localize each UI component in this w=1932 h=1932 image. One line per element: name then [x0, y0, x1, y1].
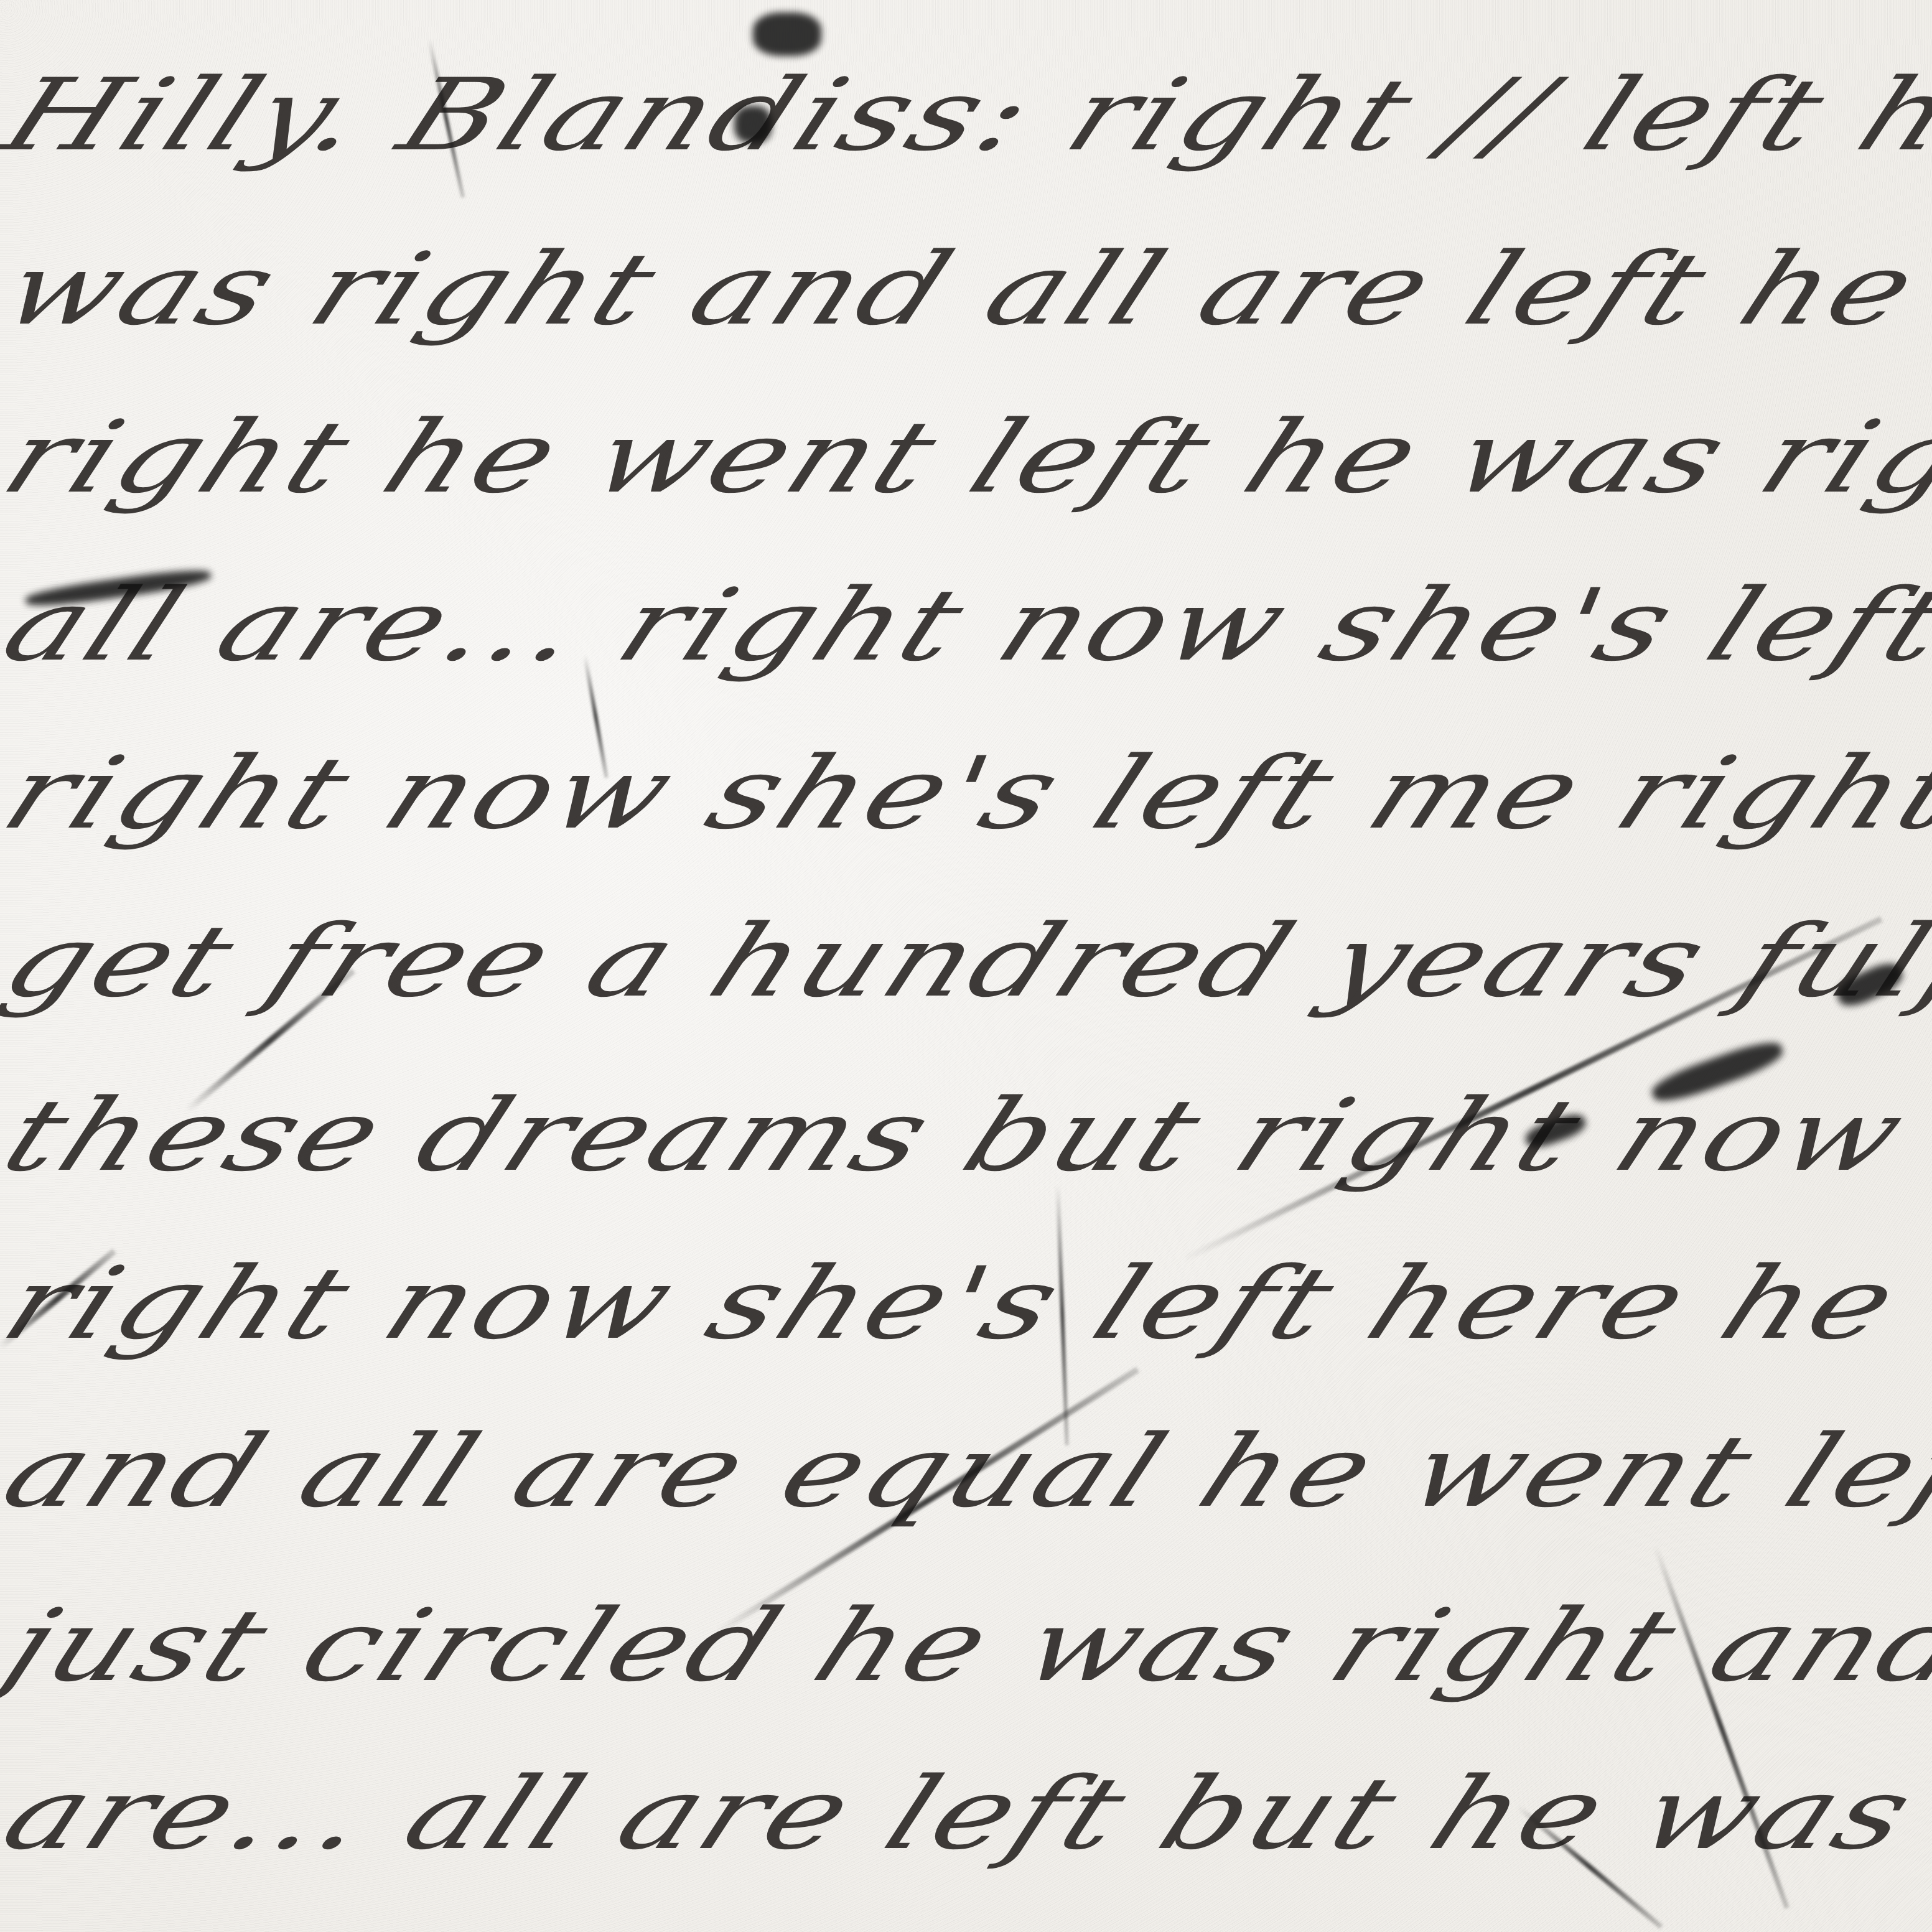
text-line: these dreams but right now right n	[0, 1078, 1932, 1193]
text-line: right he went left he was right an	[0, 399, 1932, 515]
text-line: get free a hundred years fulfills	[0, 903, 1932, 1019]
ink-smudge	[753, 12, 821, 56]
text-line: and all are equal he went left he	[0, 1414, 1932, 1529]
text-line: just circled he was right and all	[0, 1588, 1932, 1704]
text-line: are... all are left but he was right	[0, 1756, 1932, 1872]
text-line: right now she's left me right now n	[0, 735, 1932, 851]
text-line: Hilly. Blandiss: right // left he	[0, 57, 1932, 173]
ink-smudge	[734, 106, 772, 143]
text-line: all are... right now she's left here	[0, 567, 1932, 683]
text-line: right now she's left here he was ri	[0, 1246, 1932, 1361]
text-line: was right and all are left he was	[0, 231, 1932, 347]
